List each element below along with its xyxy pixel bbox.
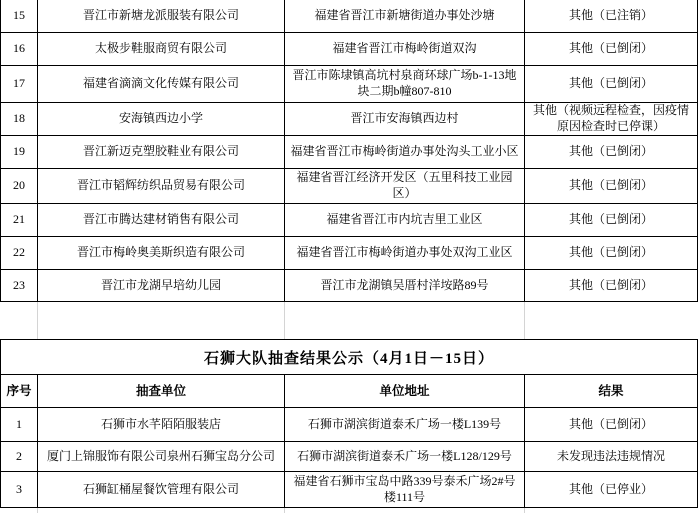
unit-address-cell: 福建省晋江市内坑吉里工业区 (285, 204, 525, 237)
unit-address-cell: 晋江市陈埭镇高坑村泉商环球广场b-1-13地块二期b幢807-810 (285, 66, 525, 103)
section-title: 石狮大队抽查结果公示（4月1日－15日） (0, 339, 698, 375)
unit-address-cell: 福建省石狮市宝岛中路339号泰禾广场2#号楼111号 (285, 472, 525, 508)
empty-cell (38, 508, 285, 513)
unit-name-cell: 太极步鞋服商贸有限公司 (38, 33, 285, 66)
unit-name-cell: 晋江市龙湖早培幼儿园 (38, 270, 285, 302)
empty-cell (0, 508, 38, 513)
result-cell: 其他（已倒闭） (525, 169, 698, 204)
table-row: 3 石狮缸桶屋餐饮管理有限公司 福建省石狮市宝岛中路339号泰禾广场2#号楼11… (0, 472, 698, 508)
row-number-cell: 1 (0, 408, 38, 442)
empty-cell (285, 302, 525, 339)
unit-name-cell: 晋江市梅岭奥美斯织造有限公司 (38, 237, 285, 270)
column-header-name: 抽查单位 (38, 375, 285, 408)
row-number-cell: 16 (0, 33, 38, 66)
shishi-results-table: 1 石狮市水芊陌陌服装店 石狮市湖滨街道泰禾广场一楼L139号 其他（已倒闭） … (0, 408, 698, 508)
row-number-cell: 17 (0, 66, 38, 103)
unit-name-cell: 石狮市水芊陌陌服装店 (38, 408, 285, 442)
result-cell: 其他（已倒闭） (525, 270, 698, 302)
table-row: 15 晋江市新塘龙派服装有限公司 福建省晋江市新塘街道办事处沙塘 其他（已注销） (0, 0, 698, 33)
result-cell: 其他（已停业） (525, 472, 698, 508)
unit-name-cell: 晋江市腾达建材销售有限公司 (38, 204, 285, 237)
column-header-addr: 单位地址 (285, 375, 525, 408)
unit-address-cell: 福建省晋江市新塘街道办事处沙塘 (285, 0, 525, 33)
table-row: 1 石狮市水芊陌陌服装店 石狮市湖滨街道泰禾广场一楼L139号 其他（已倒闭） (0, 408, 698, 442)
row-number-cell: 21 (0, 204, 38, 237)
row-number-cell: 19 (0, 136, 38, 169)
result-cell: 其他（视频远程检查，因疫情原因检查时已停课） (525, 103, 698, 136)
jinjiang-results-table: 15 晋江市新塘龙派服装有限公司 福建省晋江市新塘街道办事处沙塘 其他（已注销）… (0, 0, 698, 302)
row-number-cell: 3 (0, 472, 38, 508)
unit-address-cell: 石狮市湖滨街道泰禾广场一楼L139号 (285, 408, 525, 442)
row-number-cell: 22 (0, 237, 38, 270)
result-cell: 其他（已注销） (525, 0, 698, 33)
unit-address-cell: 晋江市龙湖镇吴厝村洋垵路89号 (285, 270, 525, 302)
empty-cell (525, 508, 698, 513)
result-cell: 未发现违法违规情况 (525, 442, 698, 472)
table-row: 16 太极步鞋服商贸有限公司 福建省晋江市梅岭街道双沟 其他（已倒闭） (0, 33, 698, 66)
result-cell: 其他（已倒闭） (525, 66, 698, 103)
column-header-result: 结果 (525, 375, 698, 408)
table-row: 22 晋江市梅岭奥美斯织造有限公司 福建省晋江市梅岭街道办事处双沟工业区 其他（… (0, 237, 698, 270)
result-cell: 其他（已倒闭） (525, 204, 698, 237)
table-row: 23 晋江市龙湖早培幼儿园 晋江市龙湖镇吴厝村洋垵路89号 其他（已倒闭） (0, 270, 698, 302)
table-row: 19 晋江新迈克塑胶鞋业有限公司 福建省晋江市梅岭街道办事处沟头工业小区 其他（… (0, 136, 698, 169)
unit-address-cell: 福建省晋江经济开发区（五里科技工业园区） (285, 169, 525, 204)
unit-address-cell: 福建省晋江市梅岭街道双沟 (285, 33, 525, 66)
empty-cell (38, 302, 285, 339)
unit-address-cell: 晋江市安海镇西边村 (285, 103, 525, 136)
inspection-results-sheet: 15 晋江市新塘龙派服装有限公司 福建省晋江市新塘街道办事处沙塘 其他（已注销）… (0, 0, 698, 513)
table-row: 2 厦门上锦服饰有限公司泉州石狮宝岛分公司 石狮市湖滨街道泰禾广场一楼L128/… (0, 442, 698, 472)
unit-address-cell: 石狮市湖滨街道泰禾广场一楼L128/129号 (285, 442, 525, 472)
unit-address-cell: 福建省晋江市梅岭街道办事处沟头工业小区 (285, 136, 525, 169)
table-row: 20 晋江市韬辉纺织品贸易有限公司 福建省晋江经济开发区（五里科技工业园区） 其… (0, 169, 698, 204)
unit-name-cell: 厦门上锦服饰有限公司泉州石狮宝岛分公司 (38, 442, 285, 472)
unit-name-cell: 晋江新迈克塑胶鞋业有限公司 (38, 136, 285, 169)
row-number-cell: 23 (0, 270, 38, 302)
result-cell: 其他（已倒闭） (525, 408, 698, 442)
table-row: 17 福建省滴滴文化传媒有限公司 晋江市陈埭镇高坑村泉商环球广场b-1-13地块… (0, 66, 698, 103)
shishi-table-header-row: 序号 抽查单位 单位地址 结果 (0, 375, 698, 408)
row-number-cell: 2 (0, 442, 38, 472)
row-number-cell: 18 (0, 103, 38, 136)
table-row: 21 晋江市腾达建材销售有限公司 福建省晋江市内坑吉里工业区 其他（已倒闭） (0, 204, 698, 237)
empty-cell (525, 302, 698, 339)
empty-cell (0, 302, 38, 339)
table-row: 18 安海镇西边小学 晋江市安海镇西边村 其他（视频远程检查，因疫情原因检查时已… (0, 103, 698, 136)
unit-name-cell: 福建省滴滴文化传媒有限公司 (38, 66, 285, 103)
unit-name-cell: 安海镇西边小学 (38, 103, 285, 136)
result-cell: 其他（已倒闭） (525, 33, 698, 66)
partial-row (0, 508, 698, 513)
unit-name-cell: 晋江市韬辉纺织品贸易有限公司 (38, 169, 285, 204)
row-number-cell: 20 (0, 169, 38, 204)
result-cell: 其他（已倒闭） (525, 136, 698, 169)
result-cell: 其他（已倒闭） (525, 237, 698, 270)
unit-name-cell: 晋江市新塘龙派服装有限公司 (38, 0, 285, 33)
row-number-cell: 15 (0, 0, 38, 33)
unit-address-cell: 福建省晋江市梅岭街道办事处双沟工业区 (285, 237, 525, 270)
column-header-num: 序号 (0, 375, 38, 408)
unit-name-cell: 石狮缸桶屋餐饮管理有限公司 (38, 472, 285, 508)
empty-cell (285, 508, 525, 513)
empty-row (0, 302, 698, 339)
